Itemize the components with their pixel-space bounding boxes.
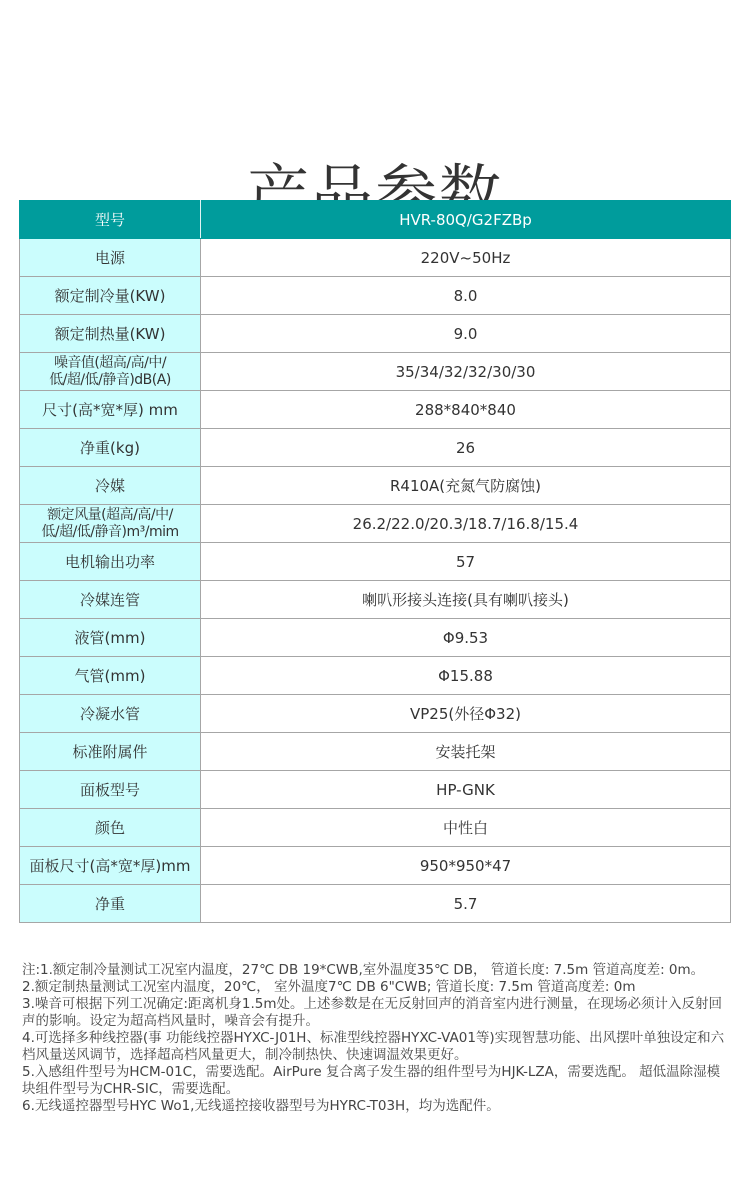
row-value-accessories: 安装托架 bbox=[201, 733, 731, 771]
table-row: 气管(mm) Φ15.88 bbox=[20, 657, 731, 695]
row-value-cooling-capacity: 8.0 bbox=[201, 277, 731, 315]
row-label-cooling-capacity: 额定制冷量(KW) bbox=[20, 277, 201, 315]
row-label-motor-output: 电机输出功率 bbox=[20, 543, 201, 581]
row-value-noise: 35/34/32/32/30/30 bbox=[201, 353, 731, 391]
note-5: 5.入感组件型号为HCM-01C，需要选配。AirPure 复合离子发生器的组件… bbox=[22, 1064, 726, 1098]
spec-table: 型号 HVR-80Q/G2FZBp 电源 220V~50Hz 额定制冷量(KW)… bbox=[19, 200, 731, 923]
header-label-model: 型号 bbox=[20, 201, 201, 239]
note-6: 6.无线遥控器型号HYC Wo1,无线遥控接收器型号为HYRC-T03H，均为选… bbox=[22, 1098, 726, 1115]
row-value-power-supply: 220V~50Hz bbox=[201, 239, 731, 277]
row-label-noise-line1: 噪音值(超高/高/中/ bbox=[24, 355, 196, 372]
table-row: 面板型号 HP-GNK bbox=[20, 771, 731, 809]
header-value-model: HVR-80Q/G2FZBp bbox=[201, 201, 731, 239]
note-4: 4.可选择多种线控器(事 功能线控器HYXC-J01H、标准型线控器HYXC-V… bbox=[22, 1030, 726, 1064]
table-row: 冷媒连管 喇叭形接头连接(具有喇叭接头) bbox=[20, 581, 731, 619]
row-value-liquid-pipe: Φ9.53 bbox=[201, 619, 731, 657]
note-1: 注:1.额定制冷量测试工况室内温度，27℃ DB 19*CWB,室外温度35℃ … bbox=[22, 962, 726, 979]
table-row: 额定风量(超高/高/中/ 低/超/低/静音)m³/mim 26.2/22.0/2… bbox=[20, 505, 731, 543]
table-row: 面板尺寸(高*宽*厚)mm 950*950*47 bbox=[20, 847, 731, 885]
row-value-airflow: 26.2/22.0/20.3/18.7/16.8/15.4 bbox=[201, 505, 731, 543]
note-2: 2.额定制热量测试工况室内温度，20℃， 室外温度7℃ DB 6"CWB; 管道… bbox=[22, 979, 726, 996]
row-label-refrigerant: 冷媒 bbox=[20, 467, 201, 505]
row-label-net-weight-kg: 净重(kg) bbox=[20, 429, 201, 467]
row-label-heating-capacity: 额定制热量(KW) bbox=[20, 315, 201, 353]
table-row: 额定制热量(KW) 9.0 bbox=[20, 315, 731, 353]
note-3: 3.噪音可根据下列工况确定:距离机身1.5m处。上述参数是在无反射回声的消音室内… bbox=[22, 996, 726, 1030]
row-label-airflow-line2: 低/超/低/静音)m³/mim bbox=[24, 524, 196, 541]
row-label-power-supply: 电源 bbox=[20, 239, 201, 277]
row-label-accessories: 标准附属件 bbox=[20, 733, 201, 771]
notes-section: 注:1.额定制冷量测试工况室内温度，27℃ DB 19*CWB,室外温度35℃ … bbox=[22, 962, 726, 1115]
table-row: 标准附属件 安装托架 bbox=[20, 733, 731, 771]
row-label-panel-dimensions: 面板尺寸(高*宽*厚)mm bbox=[20, 847, 201, 885]
row-value-refrigerant-piping: 喇叭形接头连接(具有喇叭接头) bbox=[201, 581, 731, 619]
row-value-panel-model: HP-GNK bbox=[201, 771, 731, 809]
row-value-drain-pipe: VP25(外径Φ32) bbox=[201, 695, 731, 733]
row-value-gas-pipe: Φ15.88 bbox=[201, 657, 731, 695]
table-row: 尺寸(高*宽*厚) mm 288*840*840 bbox=[20, 391, 731, 429]
row-value-net-weight-kg: 26 bbox=[201, 429, 731, 467]
row-label-noise: 噪音值(超高/高/中/ 低/超/低/静音)dB(A) bbox=[20, 353, 201, 391]
table-row: 颜色 中性白 bbox=[20, 809, 731, 847]
row-label-gas-pipe: 气管(mm) bbox=[20, 657, 201, 695]
table-row: 冷凝水管 VP25(外径Φ32) bbox=[20, 695, 731, 733]
table-row: 净重 5.7 bbox=[20, 885, 731, 923]
row-value-panel-net-weight: 5.7 bbox=[201, 885, 731, 923]
row-value-dimensions: 288*840*840 bbox=[201, 391, 731, 429]
row-label-color: 颜色 bbox=[20, 809, 201, 847]
table-header-row: 型号 HVR-80Q/G2FZBp bbox=[20, 201, 731, 239]
table-row: 电源 220V~50Hz bbox=[20, 239, 731, 277]
table-row: 净重(kg) 26 bbox=[20, 429, 731, 467]
row-label-airflow-line1: 额定风量(超高/高/中/ bbox=[24, 507, 196, 524]
table-row: 电机输出功率 57 bbox=[20, 543, 731, 581]
table-row: 噪音值(超高/高/中/ 低/超/低/静音)dB(A) 35/34/32/32/3… bbox=[20, 353, 731, 391]
row-label-dimensions: 尺寸(高*宽*厚) mm bbox=[20, 391, 201, 429]
row-label-airflow: 额定风量(超高/高/中/ 低/超/低/静音)m³/mim bbox=[20, 505, 201, 543]
row-label-panel-model: 面板型号 bbox=[20, 771, 201, 809]
row-label-liquid-pipe: 液管(mm) bbox=[20, 619, 201, 657]
row-value-heating-capacity: 9.0 bbox=[201, 315, 731, 353]
row-value-color: 中性白 bbox=[201, 809, 731, 847]
row-label-noise-line2: 低/超/低/静音)dB(A) bbox=[24, 372, 196, 389]
row-value-refrigerant: R410A(充氮气防腐蚀) bbox=[201, 467, 731, 505]
table-row: 额定制冷量(KW) 8.0 bbox=[20, 277, 731, 315]
row-label-refrigerant-piping: 冷媒连管 bbox=[20, 581, 201, 619]
table-row: 液管(mm) Φ9.53 bbox=[20, 619, 731, 657]
row-label-panel-net-weight: 净重 bbox=[20, 885, 201, 923]
row-value-motor-output: 57 bbox=[201, 543, 731, 581]
row-value-panel-dimensions: 950*950*47 bbox=[201, 847, 731, 885]
table-row: 冷媒 R410A(充氮气防腐蚀) bbox=[20, 467, 731, 505]
row-label-drain-pipe: 冷凝水管 bbox=[20, 695, 201, 733]
